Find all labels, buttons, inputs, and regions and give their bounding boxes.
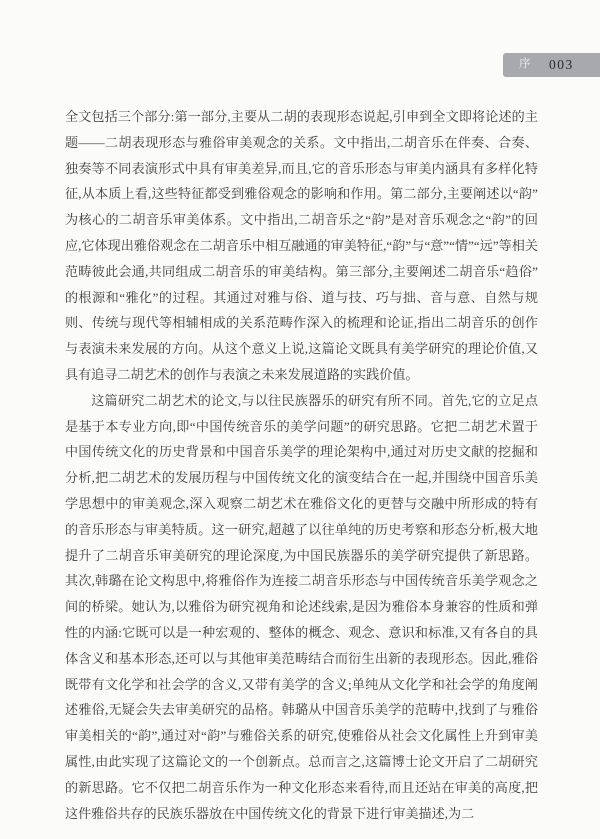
section-label: 序 <box>519 59 531 71</box>
paragraph-2: 这篇研究二胡艺术的论文,与以往民族器乐的研究有所不同。首先,它的立足点是基于本专… <box>65 388 538 827</box>
page-number: 003 <box>549 58 574 72</box>
paragraph-1: 全文包括三个部分:第一部分,主要从二胡的表现形态说起,引申到全文即将论述的主题—… <box>65 104 538 388</box>
running-head-tab: 序 003 <box>503 53 600 77</box>
book-page: 序 003 全文包括三个部分:第一部分,主要从二胡的表现形态说起,引申到全文即将… <box>0 0 600 839</box>
body-text: 全文包括三个部分:第一部分,主要从二胡的表现形态说起,引申到全文即将论述的主题—… <box>65 104 538 826</box>
